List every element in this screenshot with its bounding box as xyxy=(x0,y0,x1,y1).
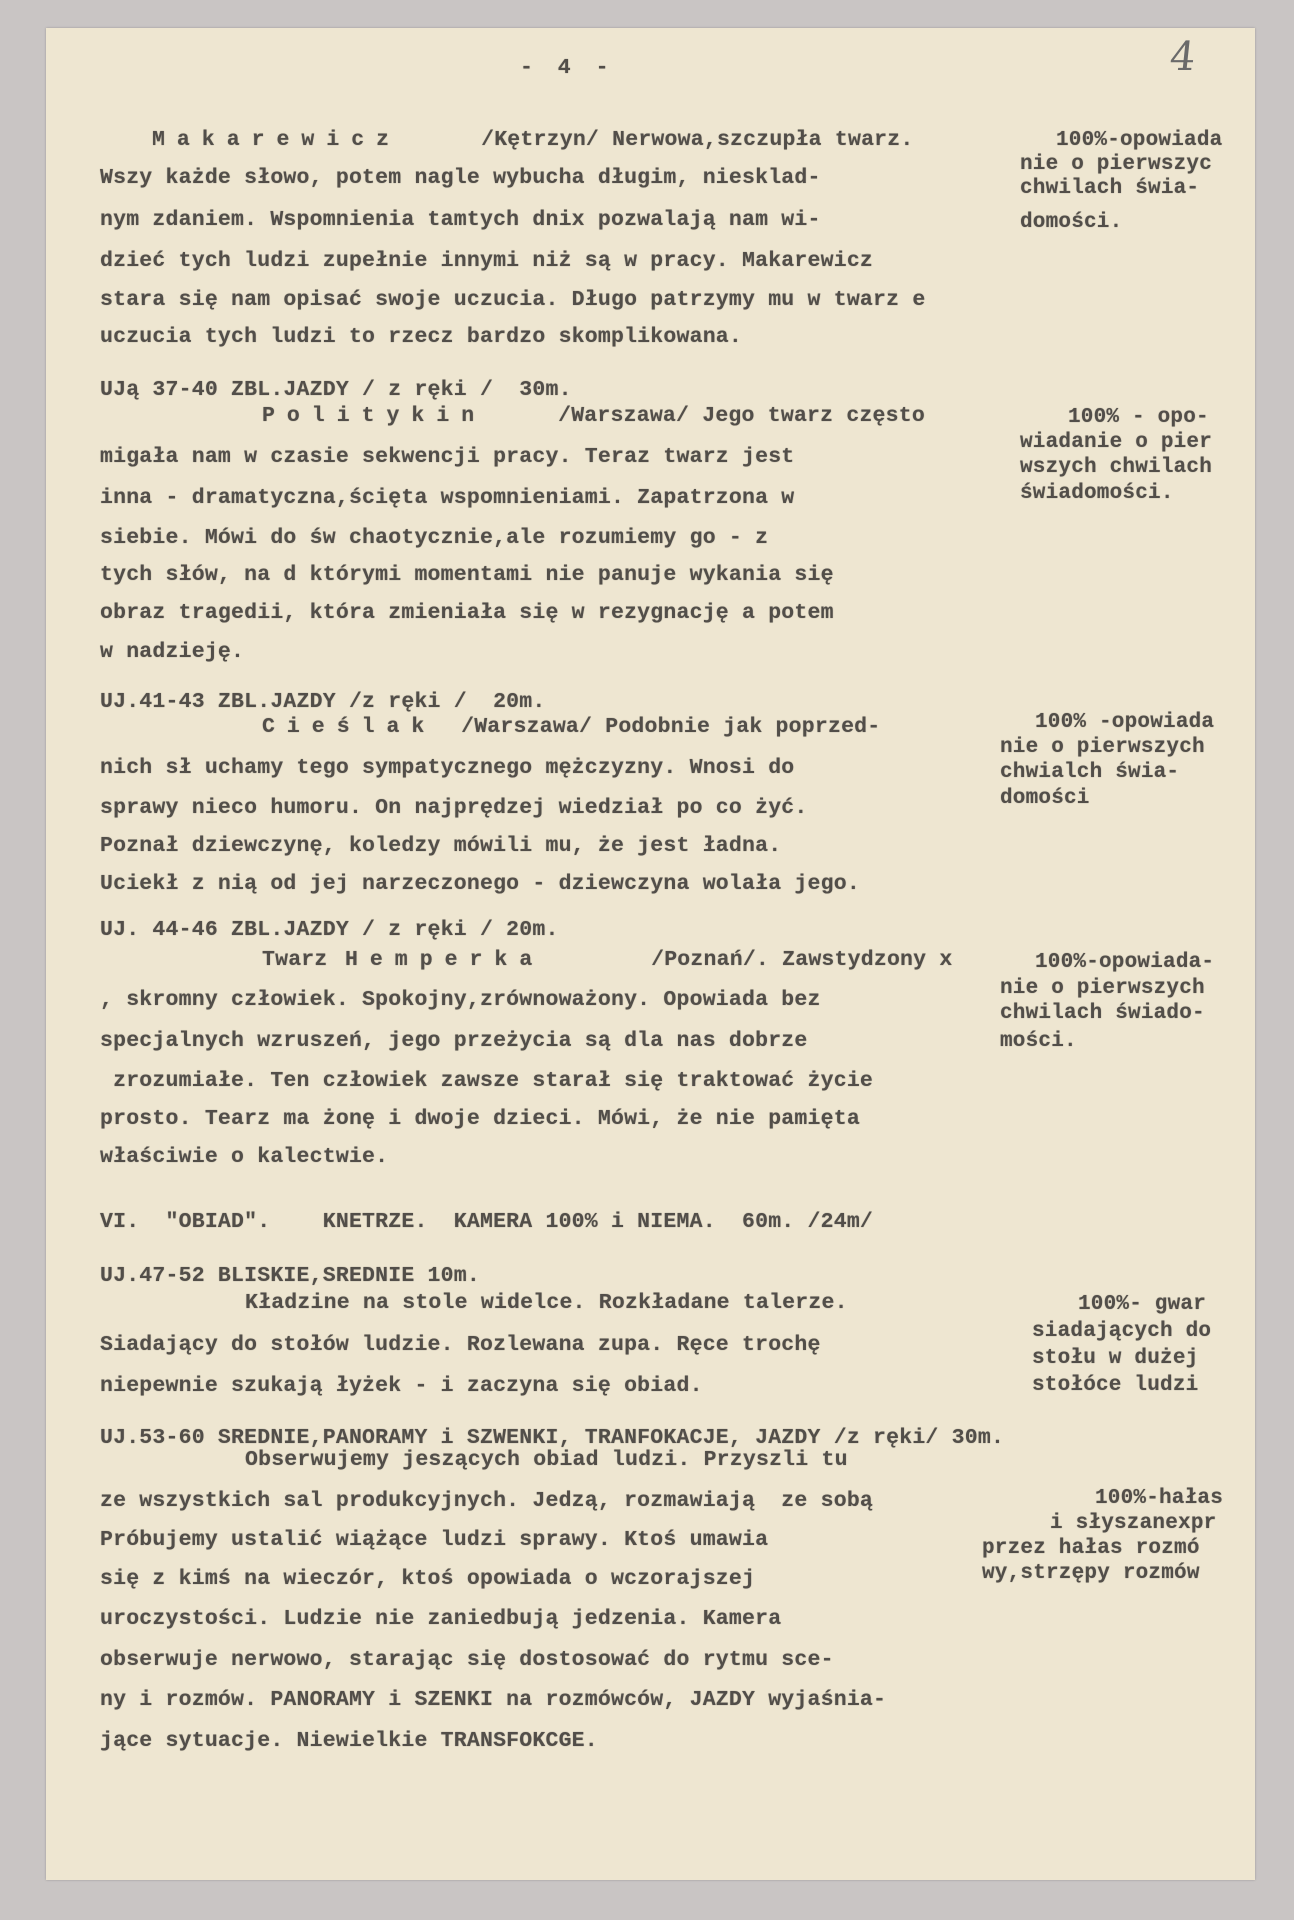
person-name: Politykin xyxy=(262,404,486,428)
text-line: inna - dramatyczna,ścięta wspomnieniami.… xyxy=(100,486,794,510)
text-line: stara się nam opisać swoje uczucia. Dług… xyxy=(100,288,925,312)
note-line: 100% - opo- xyxy=(1068,405,1209,430)
text-line: ze wszystkich sal produkcyjnych. Jedzą, … xyxy=(100,1489,873,1513)
text-line: uroczystości. Ludzie nie zaniedbują jedz… xyxy=(100,1607,781,1631)
text-line: w nadzieję. xyxy=(100,640,244,664)
text-line: obraz tragedii, która zmieniała się w re… xyxy=(100,601,834,625)
person-name: Hemperka xyxy=(345,948,544,972)
text-line: się z kimś na wieczór, ktoś opowiada o w… xyxy=(100,1567,755,1591)
note-line: chwilach świado- xyxy=(1000,1001,1205,1026)
text-line: siebie. Mówi do św chaotycznie,ale rozum… xyxy=(100,526,768,550)
text-line: Poznał dziewczynę, koledzy mówili mu, że… xyxy=(100,834,781,858)
text-line: /Warszawa/ Podobnie jak poprzed- xyxy=(448,715,880,739)
note-line: nie o pierwszych xyxy=(1000,976,1205,1001)
text-line: jące sytuacje. Niewielkie TRANSFOKCGE. xyxy=(100,1729,598,1753)
text-line: niepewnie szukają łyżek - i zaczyna się … xyxy=(100,1374,703,1398)
note-line: stołóce ludzi xyxy=(1032,1373,1198,1398)
text-line: Uciekł z nią od jej narzeczonego - dziew… xyxy=(100,872,860,896)
text-line: dzieć tych ludzi zupełnie innymi niż są … xyxy=(100,249,873,273)
text-line: Kładzine na stole widelce. Rozkładane ta… xyxy=(245,1291,848,1315)
note-line: 100%-opowiada xyxy=(1056,128,1222,153)
text-line: uczucia tych ludzi to rzecz bardzo skomp… xyxy=(100,325,742,349)
shot-header: UJ.53-60 SREDNIE,PANORAMY i SZWENKI, TRA… xyxy=(100,1426,1004,1450)
note-line: siadających do xyxy=(1032,1319,1211,1344)
text-line: nich sł uchamy tego sympatycznego mężczy… xyxy=(100,756,794,780)
text-line: Wszy każde słowo, potem nagle wybucha dł… xyxy=(100,166,821,190)
text-line: prosto. Tearz ma żonę i dwoje dzieci. Mó… xyxy=(100,1107,860,1131)
text-line: /Kętrzyn/ Nerwowa,szczupła twarz. xyxy=(468,128,913,152)
note-line: wszych chwilach xyxy=(1020,455,1212,480)
note-line: i słyszanexpr xyxy=(1050,1511,1216,1536)
note-line: stołu w dużej xyxy=(1032,1346,1198,1371)
text-line: nym zdaniem. Wspomnienia tamtych dnix po… xyxy=(100,208,821,232)
text-line: /Poznań/. Zawstydzony x xyxy=(638,948,952,972)
text-line: , skromny człowiek. Spokojny,zrównoważon… xyxy=(100,988,821,1012)
note-line: 100%-opowiada- xyxy=(1035,950,1214,975)
person-name: Makarewicz xyxy=(152,128,401,152)
note-line: chwilach świa- xyxy=(1020,176,1199,201)
text-line: /Warszawa/ Jego twarz często xyxy=(545,404,925,428)
text-line: obserwuje nerwowo, starając się dostosow… xyxy=(100,1648,834,1672)
handwritten-page-number: 4 xyxy=(1168,34,1198,80)
note-line: 100% -opowiada xyxy=(1035,710,1214,735)
text-line: migała nam w czasie sekwencji pracy. Ter… xyxy=(100,445,794,469)
shot-header: UJ.41-43 ZBL.JAZDY /z ręki / 20m. xyxy=(100,690,545,714)
text-line: Twarz xyxy=(262,948,341,972)
text-line: ny i rozmów. PANORAMY i SZENKI na rozmów… xyxy=(100,1688,886,1712)
note-line: 100%- gwar xyxy=(1078,1292,1206,1317)
note-line: domości xyxy=(1000,786,1090,811)
note-line: mości. xyxy=(1000,1029,1077,1054)
text-line: Próbujemy ustalić wiążące ludzi sprawy. … xyxy=(100,1528,768,1552)
text-line: właściwie o kalectwie. xyxy=(100,1145,388,1169)
note-line: chwialch świa- xyxy=(1000,760,1179,785)
note-line: wiadanie o pier xyxy=(1020,430,1212,455)
note-line: wy,strzępy rozmów xyxy=(982,1561,1200,1586)
text-line: specjalnych wzruszeń, jego przeżycia są … xyxy=(100,1029,808,1053)
note-line: domości. xyxy=(1020,210,1122,235)
text-line: Obserwujemy jeszących obiad ludzi. Przys… xyxy=(245,1448,848,1472)
section-heading: VI. "OBIAD". KNETRZE. KAMERA 100% i NIEM… xyxy=(100,1210,873,1234)
person-name: Cieślak xyxy=(262,715,436,739)
typed-page-number: - 4 - xyxy=(520,56,615,80)
text-line: tych słów, na d którymi momentami nie pa… xyxy=(100,563,834,587)
text-line: sprawy nieco humoru. On najprędzej wiedz… xyxy=(100,796,808,820)
text-line: Siadający do stołów ludzie. Rozlewana zu… xyxy=(100,1333,821,1357)
shot-header: UJą 37-40 ZBL.JAZDY / z ręki / 30m. xyxy=(100,378,572,402)
text-line: zrozumiałe. Ten człowiek zawsze starał s… xyxy=(100,1069,873,1093)
note-line: przez hałas rozmó xyxy=(982,1536,1200,1561)
shot-header: UJ.47-52 BLISKIE,SREDNIE 10m. xyxy=(100,1264,480,1288)
shot-header: UJ. 44-46 ZBL.JAZDY / z ręki / 20m. xyxy=(100,918,559,942)
note-line: świadomości. xyxy=(1020,481,1174,506)
note-line: nie o pierwszyc xyxy=(1020,152,1212,177)
note-line: nie o pierwszych xyxy=(1000,735,1205,760)
note-line: 100%-hałas xyxy=(1095,1486,1223,1511)
